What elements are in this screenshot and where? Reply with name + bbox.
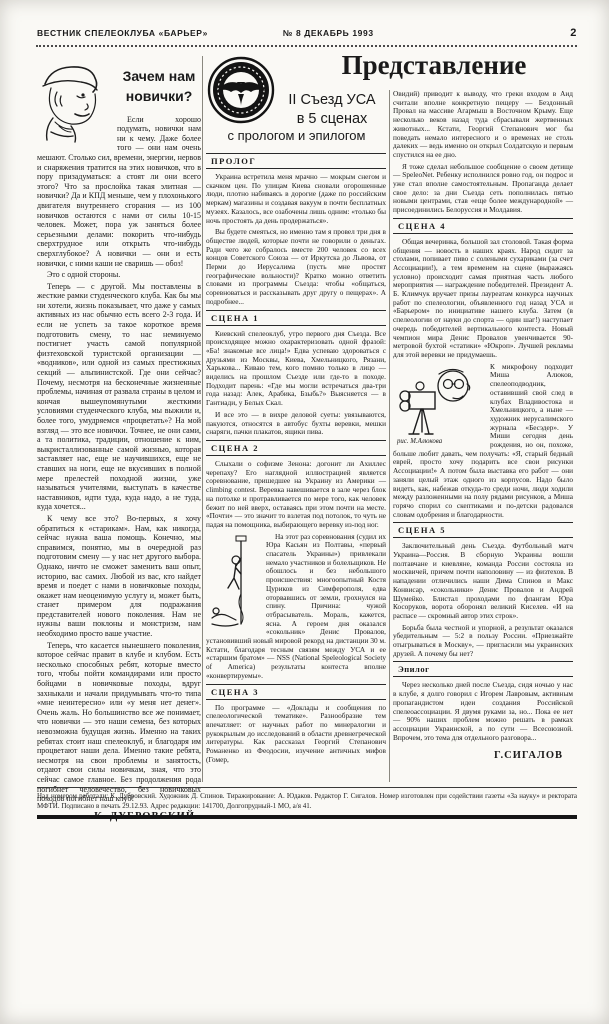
section-heading: СЦЕНА 2	[206, 440, 386, 456]
newsletter-title: ВЕСТНИК СПЕЛЕОКЛУБА «БАРЬЕР»	[37, 28, 208, 38]
column-divider	[202, 56, 203, 782]
rope-climbing-contest-sketch-icon	[206, 534, 262, 630]
section-heading: СЦЕНА 4	[393, 218, 573, 234]
paragraph: Теперь, что касается нынешнего поколения…	[37, 641, 201, 804]
section-heading: СЦЕНА 3	[206, 684, 386, 700]
paragraph: И все это — в вихре деловой суеты: увязы…	[206, 411, 386, 437]
column-divider	[389, 90, 390, 782]
paragraph: Я тоже сделал небольшое сообщение о свое…	[393, 163, 573, 215]
paragraph: Украина встретила меня мрачно — мокрым с…	[206, 173, 386, 225]
subtitle-line: II Съезд УСА	[276, 91, 388, 110]
main-article-title: Представление	[298, 50, 570, 81]
usa-bat-emblem-icon	[207, 56, 275, 124]
left-article: Зачем нам новички? Если хорошо подумать,…	[37, 56, 201, 822]
newsletter-page: ВЕСТНИК СПЕЛЕОКЛУБА «БАРЬЕР» № 8 ДЕКАБРЬ…	[0, 0, 609, 1024]
paragraph: Слыхали о софизме Зенона: догонит ли Ахи…	[206, 460, 386, 530]
left-article-header: Зачем нам новички? Если хорошо подумать,…	[37, 62, 201, 268]
paragraph: Общая вечеринка, большой зал столовой. Т…	[393, 238, 573, 360]
paragraph: Это с одной стороны.	[37, 270, 201, 280]
paragraph: Борьба была честной и упорной, а результ…	[393, 624, 573, 659]
paragraph: Заключительный день Съезда. Футбольный м…	[393, 542, 573, 620]
paragraph: Киевский спелеоклуб, утро первого дня Съ…	[206, 330, 386, 408]
issue-date: № 8 ДЕКАБРЬ 1993	[208, 28, 570, 38]
main-article-subtitle: II Съезд УСА в 5 сценах	[276, 91, 388, 129]
section-heading: СЦЕНА 5	[393, 522, 573, 538]
right-column: Овидий) приводит к выводу, что греки вхо…	[393, 90, 573, 761]
novice-portrait-sketch-icon	[37, 62, 113, 144]
paragraph: По программе — «Доклады и сообщения по с…	[206, 704, 386, 765]
masthead-rule	[36, 45, 577, 47]
footer-rule	[37, 815, 577, 819]
paragraph: Овидий) приводит к выводу, что греки вхо…	[393, 90, 573, 160]
figure-caption: рис. М.Алюкова	[393, 438, 485, 445]
section-heading: ПРОЛОГ	[206, 153, 386, 169]
middle-column: ПРОЛОГ Украина встретила меня мрачно — м…	[206, 150, 386, 767]
credits-text: Над номером работали: К. Дубровский. Худ…	[37, 791, 577, 811]
paragraph: Вы будете смеяться, но именно там я пров…	[206, 228, 386, 306]
footer-colophon: Над номером работали: К. Дубровский. Худ…	[37, 787, 577, 819]
subtitle-line: с прологом и эпилогом	[205, 128, 388, 143]
section-heading: СЦЕНА 1	[206, 310, 386, 326]
masthead: ВЕСТНИК СПЕЛЕОКЛУБА «БАРЬЕР» № 8 ДЕКАБРЬ…	[37, 27, 577, 39]
author-signature: Г.СИГАЛОВ	[393, 750, 573, 761]
subtitle-line: в 5 сценах	[276, 110, 388, 129]
paragraph: К чему все это? Во-первых, я хочу обрати…	[37, 514, 201, 639]
cameraman-figure: рис. М.Алюкова	[393, 364, 485, 445]
paragraph: Через несколько дней после Съезда, сидя …	[393, 681, 573, 742]
paragraph: Теперь — с другой. Мы поставлены в жестк…	[37, 282, 201, 512]
left-article-body: Это с одной стороны. Теперь — с другой. …	[37, 270, 201, 804]
page-number: 2	[570, 27, 577, 39]
cameraman-portrait-sketch-icon	[393, 364, 485, 438]
section-heading: Эпилог	[393, 661, 573, 677]
